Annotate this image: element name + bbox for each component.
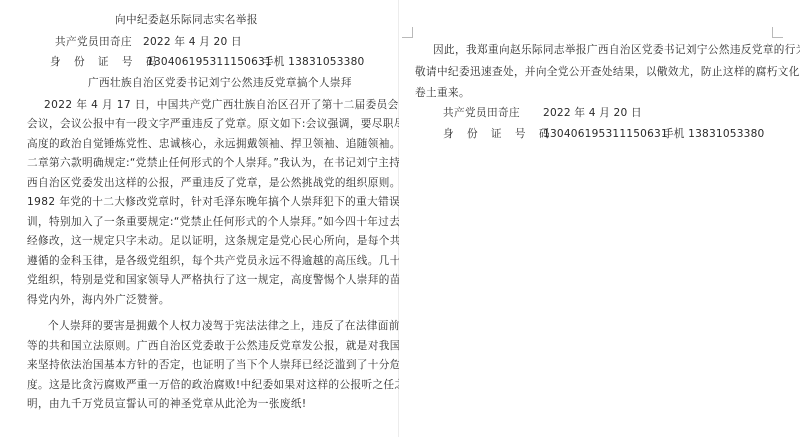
margin-corner-mark xyxy=(772,27,783,38)
body-line: 度。这是比贪污腐败严重一万倍的政治腐败!中纪委如果对这样的公报听之任之，就说 xyxy=(27,378,438,392)
header-date: 2022 年 4 月 20 日 xyxy=(143,35,242,49)
body-line: 敬请中纪委迅速查处，并向全党公开查处结果，以儆效尤，防止这样的腐朽文化思潮 xyxy=(415,65,800,79)
header-id-label: 身 份 证 号 码 xyxy=(50,55,161,69)
header-party-member: 共产党员田奇庄 xyxy=(55,35,132,49)
document-title: 向中纪委赵乐际同志实名举报 xyxy=(115,13,258,27)
header-phone: 手机 13831053380 xyxy=(263,55,365,69)
signature-date: 2022 年 4 月 20 日 xyxy=(543,106,642,120)
signature-party-member: 共产党员田奇庄 xyxy=(443,106,520,120)
body-line: 训，特别加入了一条重要规定:“党禁止任何形式的个人崇拜。”如今四十年过去，党章历 xyxy=(27,215,444,229)
document-page-right: 因此，我郑重向赵乐际同志举报广西自治区党委书记刘宁公然违反党章的行为。 敬请中纪… xyxy=(399,0,800,437)
margin-corner-mark xyxy=(402,27,413,38)
body-line: 经修改，这一规定只字未动。足以证明，这条规定是党心民心所向，是每个共产党员必须 xyxy=(27,234,456,248)
body-line: 会议，会议公报中有一段文字严重违反了党章。原文如下:会议强调，要尽职尽责，以 xyxy=(27,117,438,131)
document-page-left: 向中纪委赵乐际同志实名举报 共产党员田奇庄 2022 年 4 月 20 日 身 … xyxy=(0,0,399,437)
document-subtitle: 广西壮族自治区党委书记刘宁公然违反党章搞个人崇拜 xyxy=(88,76,352,90)
body-line: 党组织，特别是党和国家领导人严格执行了这一规定，高度警惕个人崇拜的苗头发生，赢 xyxy=(27,273,456,287)
body-line: 西自治区党委发出这样的公报，严重违反了党章，是公然挑战党的组织原则。 xyxy=(27,176,401,190)
header-id-number: 130406195311150631 xyxy=(147,55,272,69)
body-line: 遵循的金科玉律，是各级党组织，每个共产党员永远不得逾越的高压线。几十年来，各级 xyxy=(27,254,456,268)
body-line: 高度的政治自觉锤炼党性、忠诚核心，永远拥戴领袖、捍卫领袖、追随领袖。党章第 xyxy=(27,137,434,151)
body-line: 明，由九千万党员宣誓认可的神圣党章从此沦为一张废纸! xyxy=(27,397,307,411)
signature-id-number: 130406195311150631 xyxy=(543,127,668,141)
signature-phone: 手机 13831053380 xyxy=(663,127,765,141)
body-line: 来坚持依法治国基本方针的否定，也证明了当下个人崇拜已经泛滥到了十分危险的程 xyxy=(27,358,434,372)
body-line: 得党内外，海内外广泛赞誉。 xyxy=(27,293,170,307)
body-line: 因此，我郑重向赵乐际同志举报广西自治区党委书记刘宁公然违反党章的行为。 xyxy=(433,43,800,57)
body-line: 等的共和国立法原则。广西自治区党委敢于公然违反党章发公报，就是对我国几十年 xyxy=(27,339,434,353)
body-line: 二章第六款明确规定:“党禁止任何形式的个人崇拜。”我认为，在书记刘宁主持下，广 xyxy=(27,156,433,170)
body-line: 个人崇拜的要害是拥戴个人权力凌驾于宪法法律之上，违反了在法律面前人人平 xyxy=(48,319,433,333)
signature-id-label: 身 份 证 号 码 xyxy=(443,127,554,141)
body-line: 卷土重来。 xyxy=(415,86,470,100)
body-line: 2022 年 4 月 17 日，中国共产党广西壮族自治区召开了第十二届委员会第三… xyxy=(44,98,454,112)
